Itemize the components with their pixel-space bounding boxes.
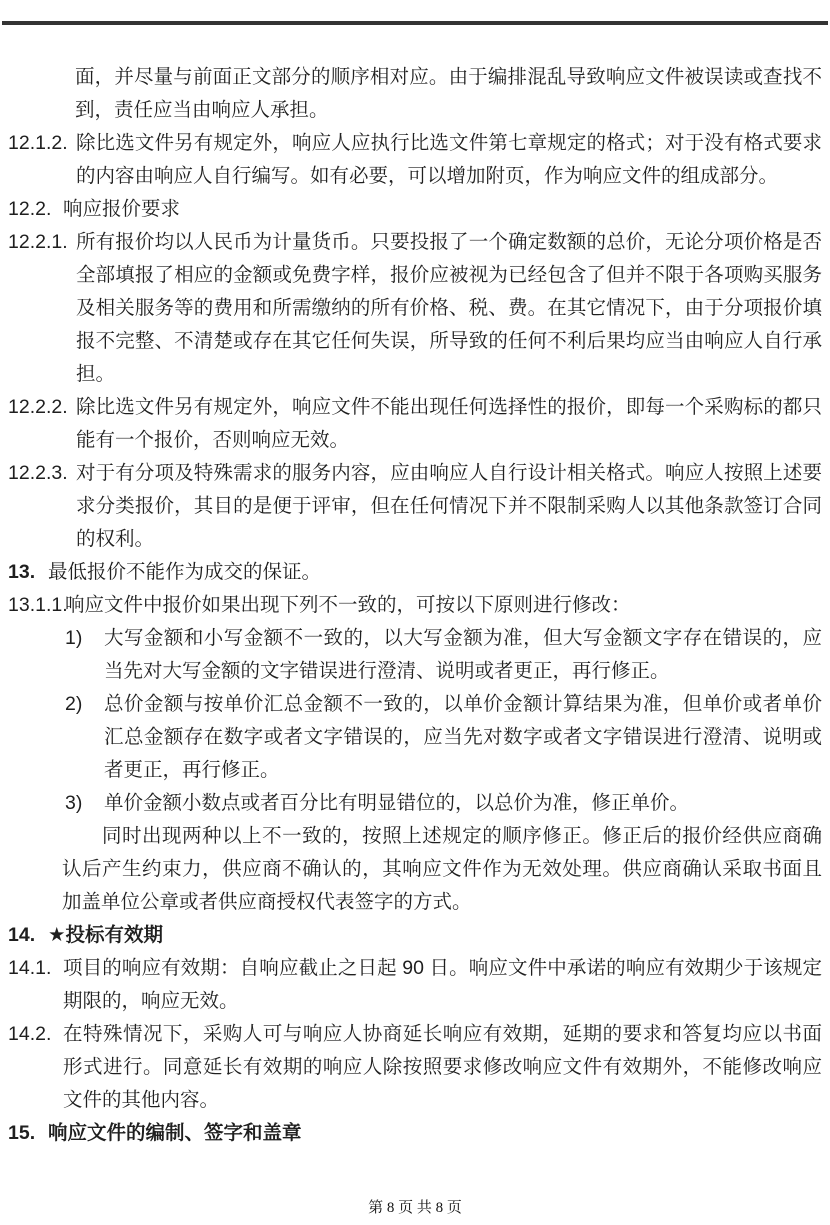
para-text: 除比选文件另有规定外，响应文件不能出现任何选择性的报价，即每一个采购标的都只能有… bbox=[76, 396, 822, 451]
document-body: 面，并尽量与前面正文部分的顺序相对应。由于编排混乱导致响应文件被误读或查找不到，… bbox=[0, 61, 830, 1150]
heading-text: 响应文件的编制、签字和盖章 bbox=[48, 1122, 302, 1144]
list-item-text: 单价金额小数点或者百分比有明显错位的，以总价为准，修正单价。 bbox=[104, 792, 689, 814]
list-item-2: 2) 总价金额与按单价汇总金额不一致的，以单价金额计算结果为准，但单价或者单价汇… bbox=[0, 688, 830, 787]
para-14-1: 14.1. 项目的响应有效期：自响应截止之日起 90 日。响应文件中承诺的响应有… bbox=[0, 952, 830, 1018]
para-12-1-1-continuation: 面，并尽量与前面正文部分的顺序相对应。由于编排混乱导致响应文件被误读或查找不到，… bbox=[0, 61, 830, 127]
para-text: 在特殊情况下，采购人可与响应人协商延长响应有效期，延期的要求和答复均应以书面形式… bbox=[63, 1023, 822, 1111]
para-12-1-2: 12.1.2. 除比选文件另有规定外，响应人应执行比选文件第七章规定的格式；对于… bbox=[0, 127, 830, 193]
para-12-2-3: 12.2.3. 对于有分项及特殊需求的服务内容，应由响应人自行设计相关格式。响应… bbox=[0, 457, 830, 556]
list-item-number: 1) bbox=[65, 622, 82, 655]
heading-13: 13. 最低报价不能作为成交的保证。 bbox=[0, 556, 830, 589]
para-13-1-1: 13.1.1. 响应文件中报价如果出现下列不一致的，可按以下原则进行修改： bbox=[0, 589, 830, 622]
para-number: 12.2.2. bbox=[8, 391, 68, 424]
para-12-2-1: 12.2.1. 所有报价均以人民币为计量货币。只要投报了一个确定数额的总价，无论… bbox=[0, 226, 830, 391]
para-text: 除比选文件另有规定外，响应人应执行比选文件第七章规定的格式；对于没有格式要求的内… bbox=[76, 132, 822, 187]
page-number-footer: 第 8 页 共 8 页 bbox=[0, 1196, 830, 1217]
heading-text: ★投标有效期 bbox=[48, 924, 163, 946]
para-number: 12.2.1. bbox=[8, 226, 68, 259]
para-text: 同时出现两种以上不一致的，按照上述规定的顺序修正。修正后的报价经供应商确认后产生… bbox=[62, 825, 822, 913]
para-number: 12.2.3. bbox=[8, 457, 68, 490]
para-number: 14.2. bbox=[8, 1018, 51, 1051]
heading-text: 最低报价不能作为成交的保证。 bbox=[48, 561, 321, 583]
heading-15: 15. 响应文件的编制、签字和盖章 bbox=[0, 1117, 830, 1150]
para-14-2: 14.2. 在特殊情况下，采购人可与响应人协商延长响应有效期，延期的要求和答复均… bbox=[0, 1018, 830, 1117]
para-number: 13.1.1. bbox=[8, 589, 68, 622]
para-text: 项目的响应有效期：自响应截止之日起 90 日。响应文件中承诺的响应有效期少于该规… bbox=[63, 957, 822, 1012]
para-number: 12.2. bbox=[8, 193, 51, 226]
para-number: 12.1.2. bbox=[8, 127, 68, 160]
para-correction-order: 同时出现两种以上不一致的，按照上述规定的顺序修正。修正后的报价经供应商确认后产生… bbox=[0, 820, 830, 919]
list-item-text: 总价金额与按单价汇总金额不一致的，以单价金额计算结果为准，但单价或者单价汇总金额… bbox=[104, 693, 822, 781]
heading-number: 15. bbox=[8, 1117, 35, 1150]
para-text: 面，并尽量与前面正文部分的顺序相对应。由于编排混乱导致响应文件被误读或查找不到，… bbox=[75, 66, 822, 121]
list-item-1: 1) 大写金额和小写金额不一致的，以大写金额为准，但大写金额文字存在错误的，应当… bbox=[0, 622, 830, 688]
para-number: 14.1. bbox=[8, 952, 51, 985]
para-text: 响应报价要求 bbox=[63, 198, 180, 220]
para-12-2-2: 12.2.2. 除比选文件另有规定外，响应文件不能出现任何选择性的报价，即每一个… bbox=[0, 391, 830, 457]
heading-number: 13. bbox=[8, 556, 35, 589]
list-item-text: 大写金额和小写金额不一致的，以大写金额为准，但大写金额文字存在错误的，应当先对大… bbox=[104, 627, 822, 682]
page-number-label: 第 8 页 共 8 页 bbox=[368, 1200, 462, 1216]
heading-14: 14. ★投标有效期 bbox=[0, 919, 830, 952]
para-text: 所有报价均以人民币为计量货币。只要投报了一个确定数额的总价，无论分项价格是否全部… bbox=[76, 231, 822, 385]
page-top-rule bbox=[2, 21, 828, 25]
list-item-number: 2) bbox=[65, 688, 82, 721]
list-item-3: 3) 单价金额小数点或者百分比有明显错位的，以总价为准，修正单价。 bbox=[0, 787, 830, 820]
list-item-number: 3) bbox=[65, 787, 82, 820]
para-text: 对于有分项及特殊需求的服务内容，应由响应人自行设计相关格式。响应人按照上述要求分… bbox=[76, 462, 822, 550]
heading-number: 14. bbox=[8, 919, 35, 952]
para-12-2: 12.2. 响应报价要求 bbox=[0, 193, 830, 226]
para-text: 响应文件中报价如果出现下列不一致的，可按以下原则进行修改： bbox=[65, 594, 631, 616]
